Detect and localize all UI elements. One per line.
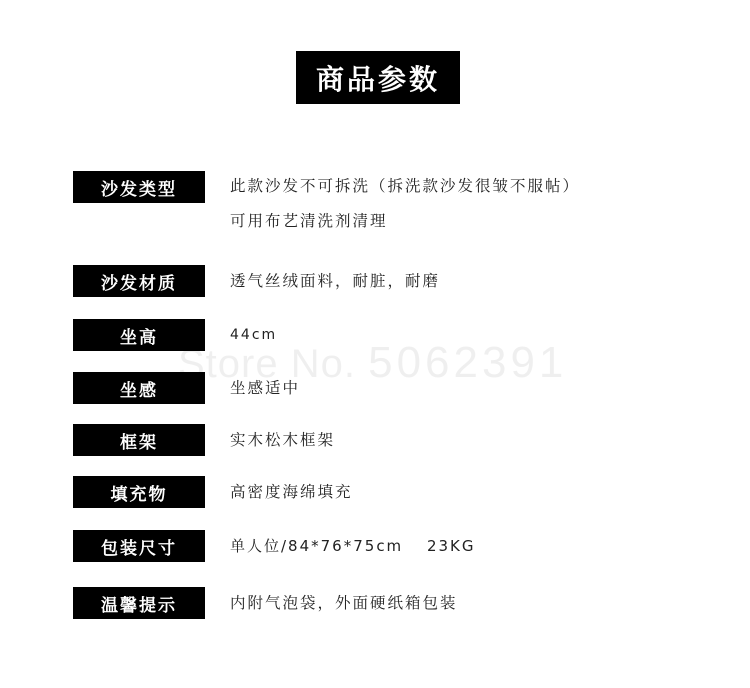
param-value: 此款沙发不可拆洗（拆洗款沙发很皱不服帖） 可用布艺清洗剂清理: [230, 175, 580, 232]
param-value: 实木松木框架: [230, 429, 335, 451]
param-label: 沙发类型: [73, 171, 205, 203]
watermark-number: 5062391: [368, 338, 567, 387]
param-label: 坐高: [73, 319, 205, 351]
param-label: 温馨提示: [73, 587, 205, 619]
param-label: 包装尺寸: [73, 530, 205, 562]
param-value: 内附气泡袋，外面硬纸箱包装: [230, 592, 458, 614]
param-value-line2: 可用布艺清洗剂清理: [230, 210, 580, 232]
param-value: 坐感适中: [230, 377, 300, 399]
param-value-line1: 此款沙发不可拆洗（拆洗款沙发很皱不服帖）: [230, 177, 580, 195]
param-label: 填充物: [73, 476, 205, 508]
param-label: 沙发材质: [73, 265, 205, 297]
param-value: 44cm: [230, 324, 277, 346]
param-value: 高密度海绵填充: [230, 481, 353, 503]
section-title: 商品参数: [296, 51, 460, 104]
param-value: 单人位/84*76*75cm 23KG: [230, 535, 476, 557]
param-label: 坐感: [73, 372, 205, 404]
param-label: 框架: [73, 424, 205, 456]
param-value: 透气丝绒面料，耐脏，耐磨: [230, 270, 440, 292]
